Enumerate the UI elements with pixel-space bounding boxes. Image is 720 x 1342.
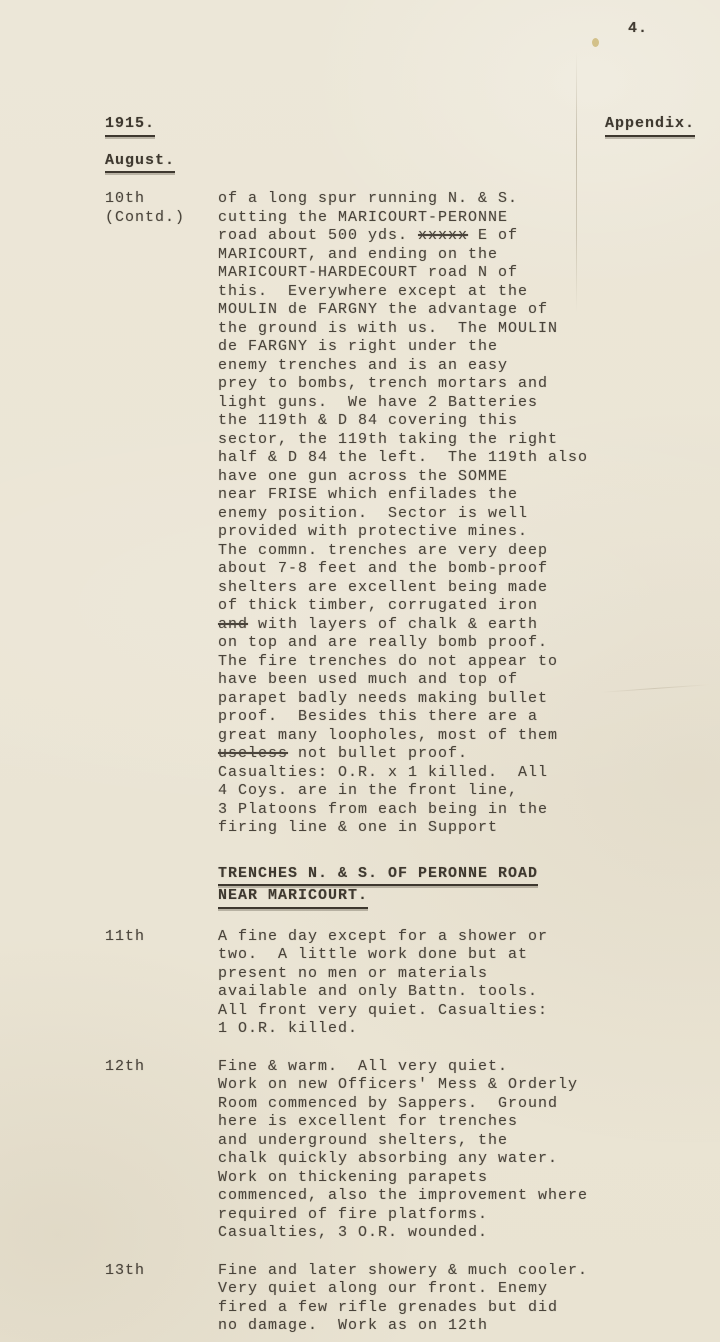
entry-text-line: All front very quiet. Casualties: [218, 1002, 695, 1021]
entry-date: 11th [105, 928, 218, 947]
entry-date: 12th [105, 1058, 218, 1077]
entry-text: available and only Battn. tools. [218, 983, 538, 1000]
entry-body: Fine & warm. All very quiet.Work on new … [218, 1058, 695, 1243]
year-heading: 1915. [105, 115, 155, 137]
entry-text: MOULIN de FARGNY the advantage of [218, 301, 548, 318]
appendix-heading: Appendix. [605, 115, 695, 137]
entry-text: road about 500 yds. [218, 227, 418, 244]
entry-text: of thick timber, corrugated iron [218, 597, 538, 614]
entry-text: no damage. Work as on 12th [218, 1317, 488, 1334]
entry-date-column: 13th [105, 1262, 218, 1336]
diary-entry: 13thFine and later showery & much cooler… [105, 1262, 695, 1336]
section-heading-text: TRENCHES N. & S. OF PERONNE ROADNEAR MAR… [218, 864, 695, 909]
struck-text: xxxxx [418, 227, 468, 244]
entry-text: commenced, also the improvement where [218, 1187, 588, 1204]
entry-text: great many loopholes, most of them [218, 727, 558, 744]
entry-text-line: A fine day except for a shower or [218, 928, 695, 947]
entry-text: provided with protective mines. [218, 523, 528, 540]
entry-text: parapet badly needs making bullet [218, 690, 548, 707]
entry-text: MARICOURT, and ending on the [218, 246, 498, 263]
entry-text-line: have been used much and top of [218, 671, 695, 690]
entry-text: enemy position. Sector is well [218, 505, 528, 522]
entry-text: The fire trenches do not appear to [218, 653, 558, 670]
entry-text: and underground shelters, the [218, 1132, 508, 1149]
entry-text-line: this. Everywhere except at the [218, 283, 695, 302]
entry-date-column: 11th [105, 928, 218, 1039]
entry-text: about 7-8 feet and the bomb-proof [218, 560, 548, 577]
entry-text-line: de FARGNY is right under the [218, 338, 695, 357]
entry-text: light guns. We have 2 Batteries [218, 394, 538, 411]
entry-text-line: MARICOURT, and ending on the [218, 246, 695, 265]
entry-text: Work on thickening parapets [218, 1169, 488, 1186]
entry-text: present no men or materials [218, 965, 488, 982]
entry-text: required of fire platforms. [218, 1206, 488, 1223]
entry-text-line: Room commenced by Sappers. Ground [218, 1095, 695, 1114]
entry-text: chalk quickly absorbing any water. [218, 1150, 558, 1167]
section-heading-label: NEAR MARICOURT. [218, 887, 368, 909]
entry-text-line: provided with protective mines. [218, 523, 695, 542]
entry-text: two. A little work done but at [218, 946, 528, 963]
month-heading: August. [105, 152, 175, 174]
entry-text: of a long spur running N. & S. [218, 190, 518, 207]
entry-text-line: about 7-8 feet and the bomb-proof [218, 560, 695, 579]
diary-blocks: 10th(Contd.)of a long spur running N. & … [105, 190, 695, 1336]
entry-text: half & D 84 the left. The 119th also [218, 449, 588, 466]
entry-text-line: enemy position. Sector is well [218, 505, 695, 524]
entry-text-line: the 119th & D 84 covering this [218, 412, 695, 431]
entry-text-line: of thick timber, corrugated iron [218, 597, 695, 616]
entry-text-line: Fine and later showery & much cooler. [218, 1262, 695, 1281]
paper-crease [576, 52, 577, 312]
entry-text-line: shelters are excellent being made [218, 579, 695, 598]
entry-date-column [105, 864, 218, 909]
entry-text: Casualties, 3 O.R. wounded. [218, 1224, 488, 1241]
entry-date: 10th [105, 190, 218, 209]
entry-text-line: present no men or materials [218, 965, 695, 984]
entry-text: enemy trenches and is an easy [218, 357, 508, 374]
entry-text-line: commenced, also the improvement where [218, 1187, 695, 1206]
entry-text-line: Work on thickening parapets [218, 1169, 695, 1188]
entry-body: Fine and later showery & much cooler.Ver… [218, 1262, 695, 1336]
entry-text-line: proof. Besides this there are a [218, 708, 695, 727]
section-heading-label: TRENCHES N. & S. OF PERONNE ROAD [218, 865, 538, 887]
entry-text-line: MOULIN de FARGNY the advantage of [218, 301, 695, 320]
entry-text: firing line & one in Support [218, 819, 498, 836]
section-heading-line: TRENCHES N. & S. OF PERONNE ROAD [218, 864, 695, 887]
entry-text: near FRISE which enfilades the [218, 486, 518, 503]
entry-text: Fine and later showery & much cooler. [218, 1262, 588, 1279]
section-heading-line: NEAR MARICOURT. [218, 886, 695, 909]
entry-text: have one gun across the SOMME [218, 468, 508, 485]
entry-date-column: 10th(Contd.) [105, 190, 218, 838]
entry-text: on top and are really bomb proof. [218, 634, 548, 651]
struck-text: and [218, 616, 248, 633]
entry-body: of a long spur running N. & S.cutting th… [218, 190, 695, 838]
entry-text-line: firing line & one in Support [218, 819, 695, 838]
entry-text-line: and underground shelters, the [218, 1132, 695, 1151]
entry-text-line: near FRISE which enfilades the [218, 486, 695, 505]
entry-text-line: prey to bombs, trench mortars and [218, 375, 695, 394]
page-header: 1915. Appendix. [105, 115, 695, 137]
entry-text: this. Everywhere except at the [218, 283, 528, 300]
entry-text: not bullet proof. [288, 745, 468, 762]
entry-text: de FARGNY is right under the [218, 338, 498, 355]
entry-text: E of [468, 227, 518, 244]
diary-entry: 11thA fine day except for a shower ortwo… [105, 928, 695, 1039]
entry-text-line: Casualties: O.R. x 1 killed. All [218, 764, 695, 783]
entry-text: prey to bombs, trench mortars and [218, 375, 548, 392]
entry-text: have been used much and top of [218, 671, 518, 688]
section-heading: TRENCHES N. & S. OF PERONNE ROADNEAR MAR… [105, 864, 695, 909]
entry-text: with layers of chalk & earth [248, 616, 538, 633]
entry-text-line: sector, the 119th taking the right [218, 431, 695, 450]
entry-text-line: available and only Battn. tools. [218, 983, 695, 1002]
entry-text: fired a few rifle grenades but did [218, 1299, 558, 1316]
entry-text-line: Work on new Officers' Mess & Orderly [218, 1076, 695, 1095]
entry-text: the 119th & D 84 covering this [218, 412, 518, 429]
entry-text-line: enemy trenches and is an easy [218, 357, 695, 376]
month-row: August. [105, 151, 695, 174]
entry-text-line: cutting the MARICOURT-PERONNE [218, 209, 695, 228]
entry-text-line: The fire trenches do not appear to [218, 653, 695, 672]
entry-text-line: required of fire platforms. [218, 1206, 695, 1225]
diary-entry: 10th(Contd.)of a long spur running N. & … [105, 190, 695, 838]
entry-text: A fine day except for a shower or [218, 928, 548, 945]
entry-text-line: fired a few rifle grenades but did [218, 1299, 695, 1318]
entry-text: All front very quiet. Casualties: [218, 1002, 548, 1019]
entry-text-line: MARICOURT-HARDECOURT road N of [218, 264, 695, 283]
diary-entry: 12thFine & warm. All very quiet.Work on … [105, 1058, 695, 1243]
struck-text: useless [218, 745, 288, 762]
entry-text: cutting the MARICOURT-PERONNE [218, 209, 508, 226]
entry-text-line: 1 O.R. killed. [218, 1020, 695, 1039]
entry-text-line: half & D 84 the left. The 119th also [218, 449, 695, 468]
entry-text: 3 Platoons from each being in the [218, 801, 548, 818]
entry-text-line: road about 500 yds. xxxxx E of [218, 227, 695, 246]
entry-text: The commn. trenches are very deep [218, 542, 548, 559]
page-number: 4. [628, 20, 648, 39]
entry-text-line: parapet badly needs making bullet [218, 690, 695, 709]
entry-text-line: here is excellent for trenches [218, 1113, 695, 1132]
entry-text: here is excellent for trenches [218, 1113, 518, 1130]
entry-date: (Contd.) [105, 209, 218, 228]
entry-text: the ground is with us. The MOULIN [218, 320, 558, 337]
entry-date-column: 12th [105, 1058, 218, 1243]
entry-text: MARICOURT-HARDECOURT road N of [218, 264, 518, 281]
entry-text-line: two. A little work done but at [218, 946, 695, 965]
entry-text: Casualties: O.R. x 1 killed. All [218, 764, 548, 781]
entry-text-line: have one gun across the SOMME [218, 468, 695, 487]
entry-text: Very quiet along our front. Enemy [218, 1280, 548, 1297]
entry-text-line: The commn. trenches are very deep [218, 542, 695, 561]
entry-text-line: Fine & warm. All very quiet. [218, 1058, 695, 1077]
entry-text: proof. Besides this there are a [218, 708, 538, 725]
entry-text-line: of a long spur running N. & S. [218, 190, 695, 209]
entry-text-line: useless not bullet proof. [218, 745, 695, 764]
entry-text: Room commenced by Sappers. Ground [218, 1095, 558, 1112]
entry-text-line: great many loopholes, most of them [218, 727, 695, 746]
entry-text-line: the ground is with us. The MOULIN [218, 320, 695, 339]
entry-text-line: no damage. Work as on 12th [218, 1317, 695, 1336]
entry-text-line: on top and are really bomb proof. [218, 634, 695, 653]
entry-text: shelters are excellent being made [218, 579, 548, 596]
entry-text-line: 3 Platoons from each being in the [218, 801, 695, 820]
entry-text: sector, the 119th taking the right [218, 431, 558, 448]
entry-text-line: Casualties, 3 O.R. wounded. [218, 1224, 695, 1243]
entry-text-line: 4 Coys. are in the front line, [218, 782, 695, 801]
page-content: 1915. Appendix. August. 10th(Contd.)of a… [0, 0, 720, 1336]
entry-text-line: chalk quickly absorbing any water. [218, 1150, 695, 1169]
document-page: 4. 1915. Appendix. August. 10th(Contd.)o… [0, 0, 720, 1342]
entry-text: 1 O.R. killed. [218, 1020, 358, 1037]
entry-body: A fine day except for a shower ortwo. A … [218, 928, 695, 1039]
entry-text: 4 Coys. are in the front line, [218, 782, 518, 799]
entry-text: Work on new Officers' Mess & Orderly [218, 1076, 578, 1093]
entry-date: 13th [105, 1262, 218, 1281]
entry-text-line: and with layers of chalk & earth [218, 616, 695, 635]
entry-text-line: light guns. We have 2 Batteries [218, 394, 695, 413]
entry-text: Fine & warm. All very quiet. [218, 1058, 508, 1075]
entry-text-line: Very quiet along our front. Enemy [218, 1280, 695, 1299]
paper-speck [592, 38, 599, 47]
